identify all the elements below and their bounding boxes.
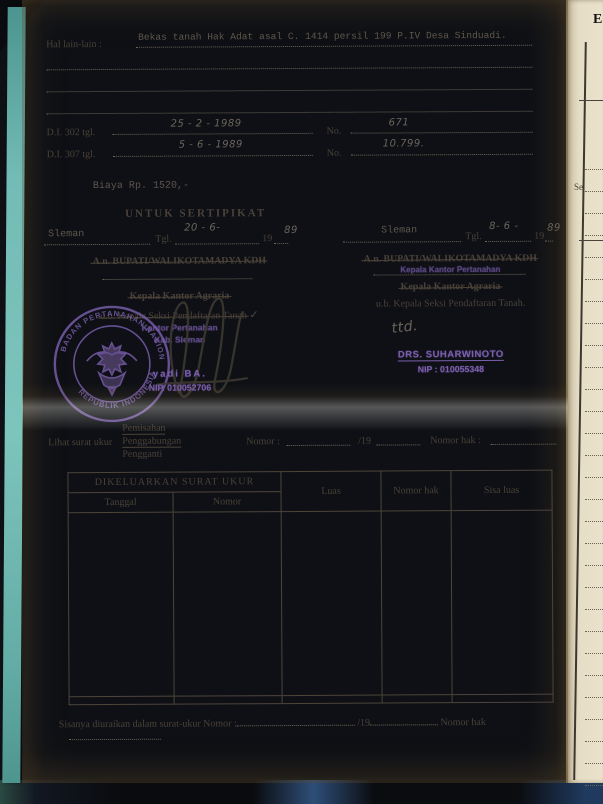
page-content: Hal lain-lain : Bekas tanah Hak Adat asa… (20, 0, 570, 784)
blank-rule-1 (46, 67, 532, 71)
adjacent-dotted-line (585, 390, 603, 412)
di-302-no-rule (351, 132, 533, 134)
adjacent-dotted-line (585, 610, 603, 632)
di-307-date-rule (113, 155, 313, 157)
table-col-nomor-hak: Nomor hak (381, 471, 451, 511)
adjacent-dotted-line (585, 522, 603, 544)
adjacent-dotted-line (585, 148, 603, 170)
adjacent-dotted-line (585, 676, 603, 698)
table-col-sisa-luas: Sisa luas (451, 470, 552, 511)
table-col-luas: Luas (281, 471, 381, 512)
adjacent-dotted-line (585, 566, 603, 588)
blank-rule-2 (46, 89, 532, 93)
right-signing-block: Sleman Tgl. 8- 6 - 19 89 A.n. BUPATI/WAL… (343, 221, 558, 392)
adjacent-dotted-line (585, 456, 603, 478)
left-signing-block: Sleman Tgl. 20 - 6- 19 89 A.n. BUPATI/WA… (44, 222, 315, 403)
table-col-nomor: Nomor (173, 492, 281, 513)
footer-rule-1 (237, 716, 355, 727)
blank-rule-3 (47, 111, 533, 115)
hal-lain-lain-value: Bekas tanah Hak Adat asal C. 1414 persil… (138, 30, 507, 43)
left-place: Sleman (48, 229, 84, 240)
di-302-no-value: 671 (389, 117, 410, 128)
di-307-no-label: No. (327, 148, 342, 159)
adjacent-dotted-line (585, 346, 603, 368)
adjacent-dotted-line (585, 654, 603, 676)
right-kepala-agraria: Kepala Kantor Agraria (401, 281, 501, 293)
footer-part1: Sisanya diuraikan dalam surat-ukur Nomor… (59, 718, 237, 730)
adjacent-dotted-line (585, 500, 603, 522)
lihat-per19-rule (376, 444, 420, 445)
biaya-line: Biaya Rp. 1520,- (93, 181, 189, 193)
untuk-sertipikat-title: UNTUK SERTIPIKAT (125, 207, 266, 220)
left-date-rule (175, 243, 259, 244)
adjacent-dotted-line (585, 236, 603, 258)
document-page: Hal lain-lain : Bekas tanah Hak Adat asa… (22, 0, 568, 783)
adjacent-dotted-line (585, 698, 603, 720)
di-307-date: 5 - 6 - 1989 (179, 139, 243, 150)
right-tgl-label: Tgl. (465, 231, 481, 242)
adjacent-rule-top (579, 100, 603, 101)
right-place: Sleman (381, 225, 417, 236)
adjacent-dotted-line (585, 412, 603, 434)
cell-tanggal (68, 512, 174, 697)
right-year-printed: 19 (534, 231, 544, 242)
adjacent-page-edge: E Se (566, 0, 603, 783)
hal-lain-lain-label: Hal lain-lain : (46, 39, 102, 50)
right-date-rule (485, 241, 531, 242)
option-pemisahan: Pemisahan (122, 423, 165, 435)
cell-luas (281, 511, 382, 696)
footer-part3: Nomor hak (441, 717, 486, 728)
footer-rule-3 (69, 730, 161, 740)
di-307-no-rule (351, 154, 533, 156)
di-302-date: 25 - 2 - 1989 (171, 118, 242, 129)
left-signer-name: yadi BA. (45, 368, 315, 380)
adjacent-dotted-line (585, 478, 603, 500)
option-pengganti: Pengganti (122, 449, 162, 460)
signature-scribble (126, 288, 277, 415)
left-place-rule (44, 244, 150, 246)
table-col-tanggal: Tanggal (68, 492, 173, 513)
left-signer-nip: NIP. 010052706 (45, 382, 315, 393)
left-year-rule (274, 243, 288, 244)
lihat-nomor-rule (286, 445, 350, 446)
cell-sisa-luas (451, 510, 553, 695)
right-signer-nip: NIP : 010055348 (344, 364, 558, 375)
left-year-printed: 19 (262, 233, 272, 244)
adjacent-dotted-line (585, 192, 603, 214)
cell-nomor (173, 512, 282, 697)
adjacent-dotted-line (585, 324, 603, 346)
right-date-value: 8- 6 - (489, 221, 518, 232)
adjacent-dotted-line (585, 764, 603, 786)
right-ub-line: u.b. Kepala Seksi Pendaftaran Tanah. (376, 298, 525, 310)
left-an-bupati: A.n. BUPATI/WALIKOTAMADYA KDH (93, 255, 266, 267)
adjacent-dotted-line (585, 720, 603, 742)
di-307-no-value: 10.799. (383, 138, 425, 149)
adjacent-corner-letter: E (593, 12, 602, 28)
lihat-surat-ukur-label: Lihat surat ukur (48, 437, 112, 448)
adjacent-dotted-line (585, 742, 603, 764)
lihat-nomor-hak-rule (490, 444, 556, 445)
adjacent-dotted-line (585, 258, 603, 280)
hal-value-rule (136, 45, 532, 48)
table-empty-row (68, 510, 553, 697)
right-stamp-small: Kepala Kantor Pertanahan (343, 265, 557, 275)
footer-part2: /19 (357, 718, 370, 729)
adjacent-dotted-line (585, 280, 603, 302)
adjacent-header-fragment: Se (574, 182, 583, 192)
lihat-nomor-hak-label: Nomor hak : (430, 435, 481, 446)
adjacent-dotted-line (585, 588, 603, 610)
option-penggabungan: Penggabungan (122, 436, 181, 448)
lihat-nomor-label: Nomor : (246, 436, 280, 447)
right-year-rule (545, 241, 553, 242)
adjacent-dotted-line (585, 434, 603, 456)
right-signer-name: DRS. SUHARWINOTO (398, 349, 504, 362)
left-date-value: 20 - 6- (184, 222, 220, 233)
di-302-label: D.I. 302 tgl. (47, 127, 96, 138)
adjacent-dotted-line (585, 170, 603, 192)
footer-line: Sisanya diuraikan dalam surat-ukur Nomor… (59, 714, 583, 743)
di-307-label: D.I. 307 tgl. (47, 149, 96, 160)
table-bottom-strip (69, 694, 553, 705)
di-302-date-rule (113, 133, 313, 135)
adjacent-dotted-rows (585, 148, 603, 786)
lihat-per19: /19 (358, 436, 371, 447)
footer-rule-2 (370, 715, 438, 725)
left-dotted-sep (102, 278, 252, 280)
ttd-handwritten: ttd. (391, 318, 419, 337)
adjacent-dotted-line (585, 302, 603, 324)
right-year-written: 89 (547, 223, 561, 234)
left-year-written: 89 (284, 225, 298, 236)
surat-ukur-table: DIKELUARKAN SURAT UKUR Luas Nomor hak Si… (67, 470, 553, 706)
adjacent-dotted-line (585, 544, 603, 566)
adjacent-dotted-line (585, 632, 603, 654)
di-302-no-label: No. (327, 126, 342, 137)
adjacent-dotted-line (585, 368, 603, 390)
left-tgl-label: Tgl. (155, 234, 171, 245)
cell-nomor-hak (381, 511, 452, 695)
table-span-header: DIKELUARKAN SURAT UKUR (68, 472, 281, 493)
right-place-rule (343, 241, 461, 243)
adjacent-dotted-line (585, 214, 603, 236)
right-an-bupati: A.n. BUPATI/WALIKOTAMADYA KDH (364, 253, 537, 265)
photo-of-document: E Se Hal lain-lain : Bekas tanah Hak Ada… (0, 0, 603, 804)
